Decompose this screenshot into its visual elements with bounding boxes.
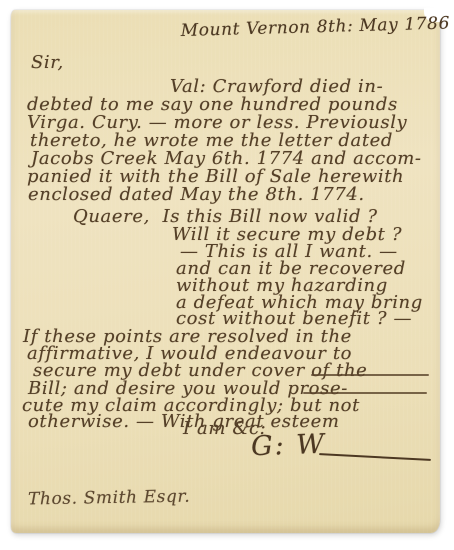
manuscript-photo: Mount Vernon 8th: May 1786 Sir, Val: Cra… xyxy=(0,0,454,550)
letter-line: enclosed dated May the 8th. 1774. xyxy=(28,184,365,205)
dateline: Mount Vernon 8th: May 1786 xyxy=(180,13,450,41)
signature: G: W xyxy=(250,429,326,463)
addressee: Thos. Smith Esqr. xyxy=(28,487,191,510)
ink-underline xyxy=(303,392,427,394)
salutation: Sir, xyxy=(31,52,64,73)
ink-underline xyxy=(311,374,429,376)
letter-paper: Mount Vernon 8th: May 1786 Sir, Val: Cra… xyxy=(11,10,440,533)
signature-flourish xyxy=(319,453,431,461)
